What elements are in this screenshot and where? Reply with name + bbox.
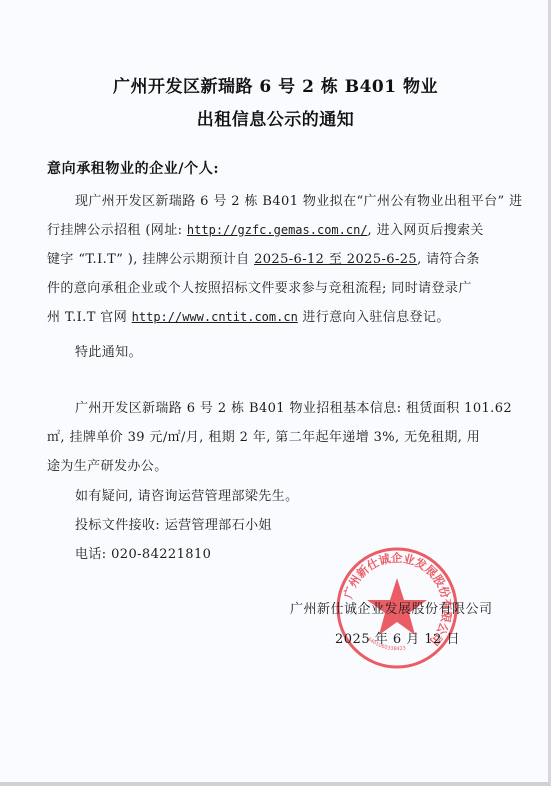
paragraph-1-line-2: 行挂牌公示招租 (网址: http://gzfc.gemas.com.cn/, …: [47, 219, 484, 238]
phone-number: 电话: 020-84221810: [75, 543, 211, 562]
paragraph-1-line-2-suffix: , 进入网页后搜索关: [368, 223, 484, 238]
notice-closing: 特此通知。: [75, 341, 142, 360]
salutation: 意向承租物业的企业/个人:: [47, 158, 219, 178]
document-title-line-2: 出租信息公示的通知: [0, 105, 551, 130]
paragraph-1-line-5-prefix: 州 T.I.T 官网: [47, 310, 132, 325]
listing-date-range: 2025-6-12 至 2025-6-25: [254, 252, 417, 267]
paragraph-1-line-5-suffix: 进行意向入驻信息登记。: [298, 310, 450, 325]
signature-company: 广州新仕诚企业发展股份有限公司: [290, 598, 493, 617]
paragraph-1-line-3-prefix: 键字 “T.I.T” ), 挂牌公示期预计自: [47, 252, 254, 267]
bid-receiver: 投标文件接收: 运营管理部石小姐: [75, 514, 272, 533]
inquiry-contact: 如有疑问, 请咨询运营管理部梁先生。: [75, 485, 298, 504]
paragraph-2-line-2: ㎡, 挂牌单价 39 元/㎡/月, 租期 2 年, 第二年起年递增 3%, 无免…: [47, 426, 480, 445]
paragraph-1-line-1: 现广州开发区新瑞路 6 号 2 栋 B401 物业拟在“广州公有物业出租平台” …: [75, 190, 523, 209]
paragraph-1-line-5: 州 T.I.T 官网 http://www.cntit.com.cn 进行意向入…: [47, 306, 450, 325]
paragraph-1-line-4: 件的意向承租企业或个人按照招标文件要求参与竞租流程; 同时请登录广: [47, 277, 472, 296]
platform-link[interactable]: http://gzfc.gemas.com.cn/: [187, 223, 368, 237]
paragraph-2-line-3: 途为生产研发办公。: [47, 455, 168, 474]
tit-website-link[interactable]: http://www.cntit.com.cn: [132, 310, 298, 324]
paragraph-1-line-3: 键字 “T.I.T” ), 挂牌公示期预计自 2025-6-12 至 2025-…: [47, 248, 480, 267]
paragraph-1-line-3-suffix: , 请符合条: [417, 252, 480, 267]
document-page: 广州开发区新瑞路 6 号 2 栋 B401 物业 出租信息公示的通知 意向承租物…: [0, 0, 551, 786]
paragraph-2-line-1: 广州开发区新瑞路 6 号 2 栋 B401 物业招租基本信息: 租赁面积 101…: [75, 397, 512, 416]
signature-date: 2025 年 6 月 12 日: [335, 628, 460, 647]
paragraph-1-line-2-prefix: 行挂牌公示招租 (网址:: [47, 223, 187, 238]
document-title-line-1: 广州开发区新瑞路 6 号 2 栋 B401 物业: [0, 72, 551, 97]
